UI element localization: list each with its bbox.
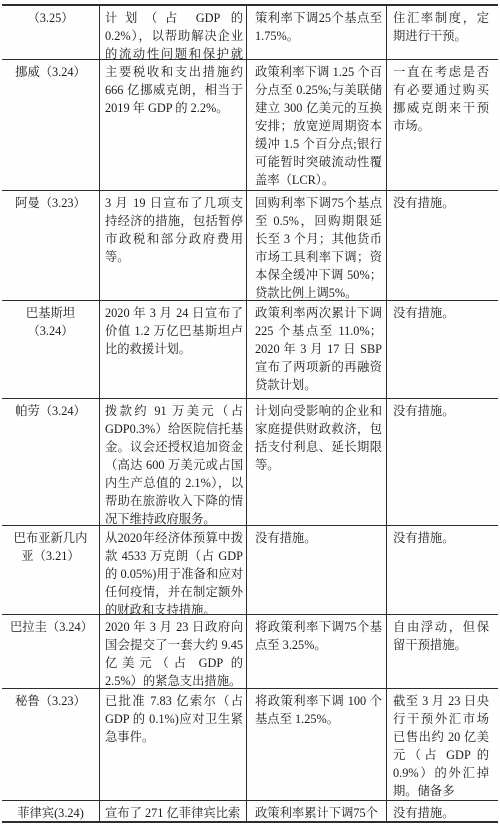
table-row: 菲律宾(3.24) 宣布了 271 亿菲律宾比索 政策利率累计下调75个 没有措… [2,801,498,821]
monetary-policy-cell: 政策利率两次累计下调 225 个基点至 11.0%；2020 年 3 月 17 … [246,301,386,398]
fx-policy-cell: 没有措施。 [386,801,498,821]
country-cell: 巴基斯坦（3.24） [2,301,99,398]
monetary-policy-cell: 将政策利率下调75个基点至 3.25%。 [246,615,386,688]
country-cell: （3.25） [2,6,99,59]
table-row: （3.25） 计划（占 GDP 的 0.2%），以帮助解决企业的流动性问题和保护… [2,6,498,60]
fiscal-measures-cell: 已批准 7.83 亿索尔（占 GDP 的 0.1%)应对卫生紧急事件。 [99,689,246,800]
table-row: 阿曼（3.23） 3 月 19 日宣布了几项支持经济的措施，包括暂停市政税和部分… [2,191,498,301]
fx-policy-cell: 住汇率制度，定期进行干预。 [386,6,498,59]
fx-policy-cell: 自由浮动，但保留干预措施。 [386,615,498,688]
country-cell: 菲律宾(3.24) [2,801,99,821]
fiscal-measures-cell: 主要税收和支出措施约 666 亿挪威克朗，相当于 2019 年 GDP 的 2.… [99,60,246,190]
country-cell: 巴布亚新几内亚（3.21） [2,526,99,614]
country-cell: 秘鲁（3.23） [2,689,99,800]
monetary-policy-cell: 计划向受影响的企业和家庭提供财政救济，包括支付利息、延长期限等。 [246,399,386,525]
fx-policy-cell: 一直在考虑是否有必要通过购买挪威克朗来干预市场。 [386,60,498,190]
country-cell: 巴拉圭（3.24） [2,615,99,688]
fiscal-measures-cell: 2020 年 3 月 24 日宣布了价值 1.2 万亿巴基斯坦卢比的救援计划。 [99,301,246,398]
policy-table: （3.25） 计划（占 GDP 的 0.2%），以帮助解决企业的流动性问题和保护… [2,4,498,823]
document-page: （3.25） 计划（占 GDP 的 0.2%），以帮助解决企业的流动性问题和保护… [0,0,500,824]
table-row: 巴布亚新几内亚（3.21） 从2020年经济体预算中拨款 4533 万克朗（占 … [2,526,498,615]
country-cell: 阿曼（3.23） [2,191,99,300]
table-row: 巴基斯坦（3.24） 2020 年 3 月 24 日宣布了价值 1.2 万亿巴基… [2,301,498,399]
fx-policy-cell: 截至 3 月 23 日央行干预外汇市场已售出约 20 亿美元（占 GDP 的 0… [386,689,498,800]
fx-policy-cell: 没有措施。 [386,399,498,525]
monetary-policy-cell: 将政策利率下调 100 个基点至 1.25%。 [246,689,386,800]
fiscal-measures-cell: 从2020年经济体预算中拨款 4533 万克朗（占 GDP 的 0.05%)用于… [99,526,246,614]
country-cell: 挪威（3.24） [2,60,99,190]
monetary-policy-cell: 没有措施。 [246,526,386,614]
fx-policy-cell: 没有措施。 [386,301,498,398]
fiscal-measures-cell: 计划（占 GDP 的 0.2%），以帮助解决企业的流动性问题和保护就业。 [99,6,246,59]
fiscal-measures-cell: 宣布了 271 亿菲律宾比索 [99,801,246,821]
fx-policy-cell: 没有措施。 [386,191,498,300]
fiscal-measures-cell: 拨款约 91 万美元（占 GDP0.3%）给医院信托基金。议会还授权追加资金（高… [99,399,246,525]
table-row: 巴拉圭（3.24） 2020 年 3 月 23 日政府向国会提交了一套大约 9.… [2,615,498,689]
table-row: 挪威（3.24） 主要税收和支出措施约 666 亿挪威克朗，相当于 2019 年… [2,60,498,191]
fx-policy-cell: 没有措施。 [386,526,498,614]
table-row: 秘鲁（3.23） 已批准 7.83 亿索尔（占 GDP 的 0.1%)应对卫生紧… [2,689,498,801]
country-cell: 帕劳（3.24） [2,399,99,525]
monetary-policy-cell: 政策利率下调 1.25 个百分点至 0.25%;与美联储建立 300 亿美元的互… [246,60,386,190]
monetary-policy-cell: 策利率下调25个基点至 1.75%。 [246,6,386,59]
table-row: 帕劳（3.24） 拨款约 91 万美元（占 GDP0.3%）给医院信托基金。议会… [2,399,498,526]
monetary-policy-cell: 回购利率下调75个基点至 0.5%，回购期限延长至 3 个月；其他货币市场工具利… [246,191,386,300]
monetary-policy-cell: 政策利率累计下调75个 [246,801,386,821]
fiscal-measures-cell: 2020 年 3 月 23 日政府向国会提交了一套大约 9.45 亿美元（占 G… [99,615,246,688]
fiscal-measures-cell: 3 月 19 日宣布了几项支持经济的措施，包括暂停市政税和部分政府费用等。 [99,191,246,300]
